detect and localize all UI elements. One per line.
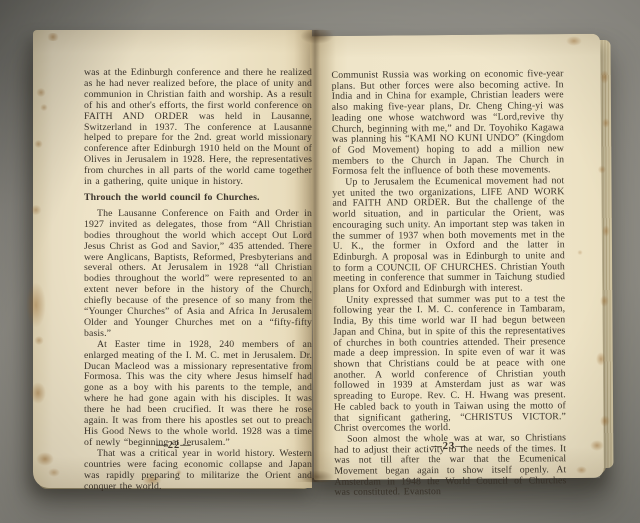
paragraph: was at the Edinburgh conference and ther…: [84, 68, 312, 188]
page-number-left: —22—: [60, 440, 288, 451]
paragraph: That was a critical year in world histor…: [84, 449, 312, 493]
section-heading: Throuch the world council fo Churches.: [84, 193, 312, 204]
paragraph: Communist Russia was working on economic…: [332, 69, 565, 178]
right-page-text: Communist Russia was working on economic…: [332, 69, 567, 499]
paragraph: The Lausanne Conference on Faith and Ord…: [84, 209, 312, 340]
paragraph: At Easter time in 1928, 240 members of a…: [84, 340, 312, 449]
paragraph: Up to Jerusalem the Ecumenical movement …: [332, 176, 565, 295]
left-page-text: was at the Edinburgh conference and ther…: [84, 68, 312, 492]
paragraph: Unity expressed that summer was put to a…: [333, 294, 566, 435]
book-photo: was at the Edinburgh conference and ther…: [0, 0, 640, 523]
page-number-right: —23—: [333, 440, 565, 453]
